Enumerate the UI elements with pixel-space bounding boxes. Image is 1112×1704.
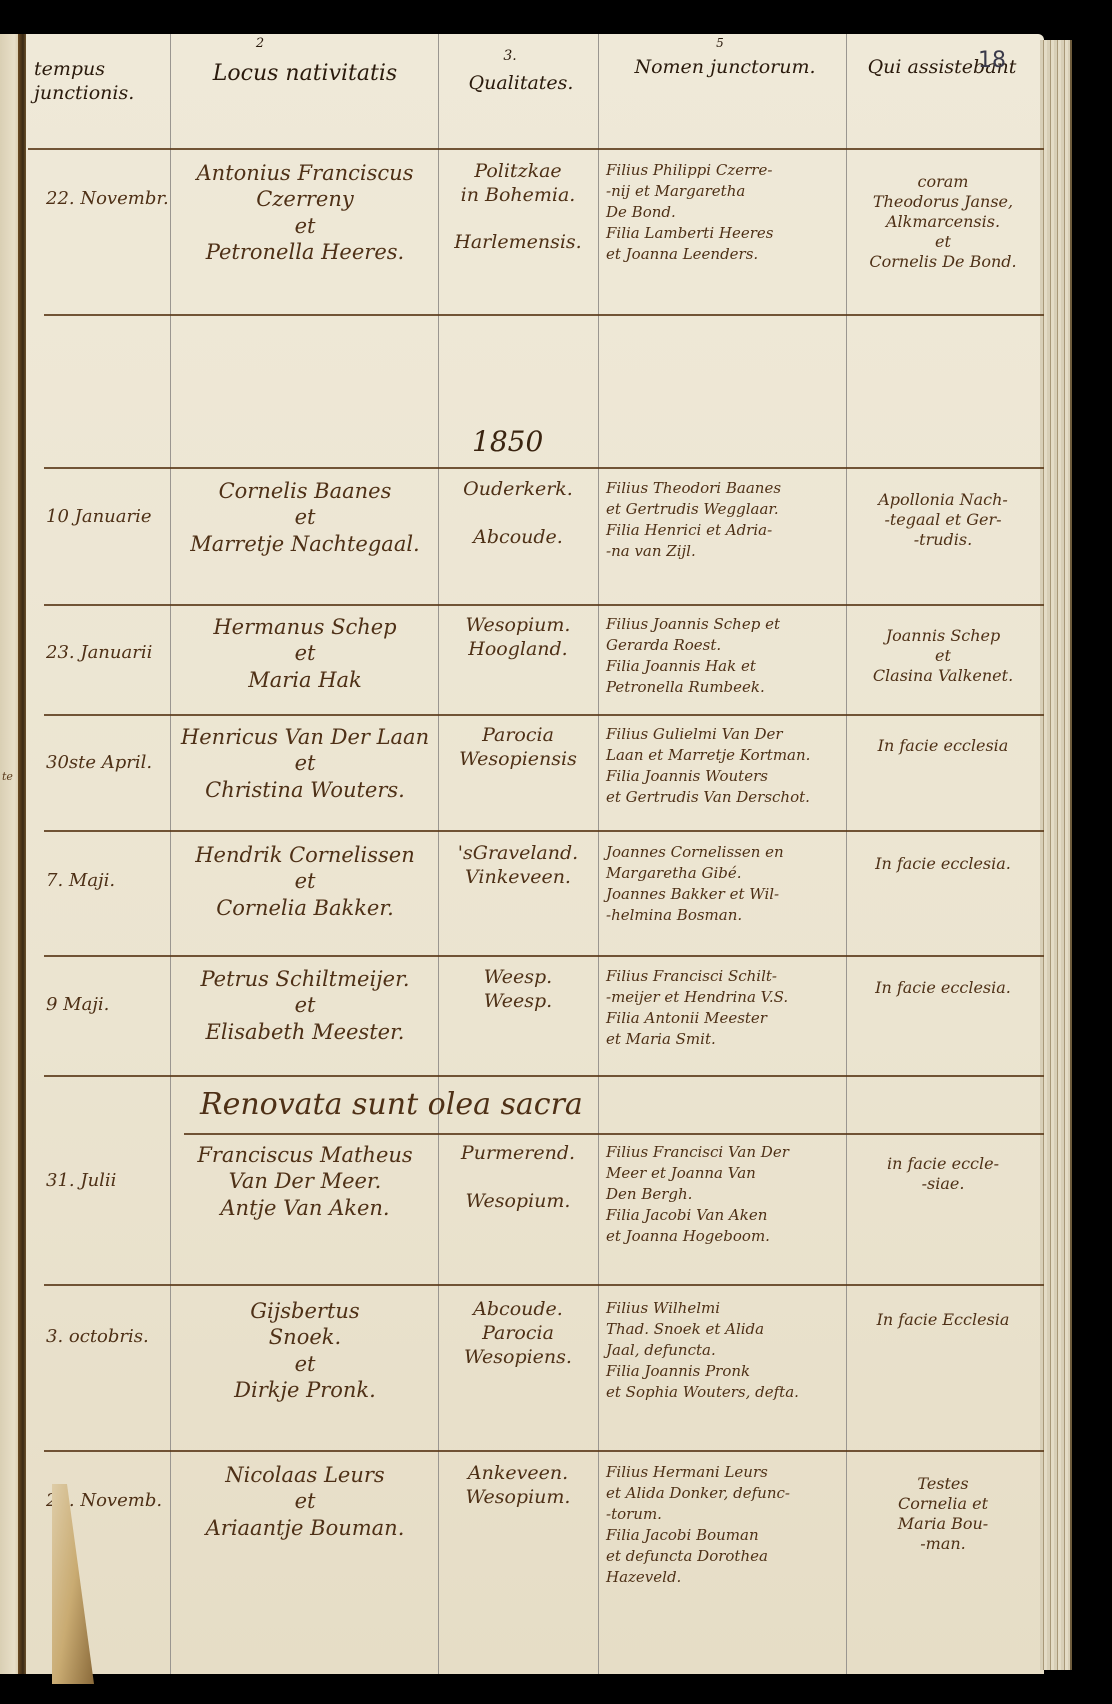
entry-parents-line: Filia Henrici et Adria- — [606, 520, 846, 541]
entry-parents-line: Filius Theodori Baanes — [606, 478, 846, 499]
entry-names: GijsbertusSnoek.etDirkje Pronk. — [174, 1298, 436, 1403]
entry-names-line: et — [174, 504, 436, 530]
row-rule — [28, 148, 1044, 150]
entry-names-line: Christina Wouters. — [174, 777, 436, 803]
entry-names-line: Czerreny — [174, 186, 436, 212]
entry-names-line: et — [174, 213, 436, 239]
row-rule — [44, 1075, 1044, 1077]
entry-date: 10 Januarie — [46, 506, 170, 529]
entry-parents: Filius Francisci Van DerMeer et Joanna V… — [606, 1142, 846, 1247]
entry-names-line: Maria Hak — [174, 667, 436, 693]
entry-parents-line: -torum. — [606, 1504, 846, 1525]
entry-origin-line: Ouderkerk. — [440, 478, 596, 502]
entry-witnesses-line: coram — [850, 172, 1036, 192]
entry-parents-line: Filia Joannis Pronk — [606, 1361, 846, 1382]
entry-origin-line: Weesp. — [440, 990, 596, 1014]
entry-parents-line: et Maria Smit. — [606, 1029, 846, 1050]
entry-names-line: Snoek. — [174, 1324, 436, 1350]
entry-witnesses-line: -man. — [850, 1534, 1036, 1554]
row-rule — [44, 314, 1044, 316]
column-rule — [598, 34, 599, 1674]
entry-witnesses-line: Testes — [850, 1474, 1036, 1494]
entry-names-line: Elisabeth Meester. — [174, 1019, 436, 1045]
entry-parents-line: -nij et Margaretha — [606, 181, 846, 202]
entry-parents: Filius Gulielmi Van DerLaan et Marretje … — [606, 724, 846, 808]
entry-names-line: Gijsbertus — [174, 1298, 436, 1324]
entry-names-line: Petrus Schiltmeijer. — [174, 966, 436, 992]
entry-parents-line: et Sophia Wouters, defta. — [606, 1382, 846, 1403]
entry-origin: Purmerend. Wesopium. — [440, 1142, 596, 1213]
entry-origin-line: Hoogland. — [440, 638, 596, 662]
entry-names-line: Petronella Heeres. — [174, 239, 436, 265]
entry-witnesses-line: Cornelis De Bond. — [850, 252, 1036, 272]
column-number-2: 2 — [240, 36, 280, 52]
entry-date: 7. Maji. — [46, 870, 170, 893]
entry-names-line: Hendrik Cornelissen — [174, 842, 436, 868]
entry-names: Nicolaas LeursetAriaantje Bouman. — [174, 1462, 436, 1541]
entry-origin-line: Purmerend. — [440, 1142, 596, 1166]
entry-witnesses-line: Cornelia et — [850, 1494, 1036, 1514]
entry-parents-line: Filius Francisci Van Der — [606, 1142, 846, 1163]
entry-parents-line: De Bond. — [606, 202, 846, 223]
row-rule — [44, 714, 1044, 716]
entry-witnesses: coramTheodorus Janse,Alkmarcensis.etCorn… — [850, 172, 1036, 272]
entry-origin-line: Wesopiens. — [440, 1346, 596, 1370]
entry-names: Cornelis BaanesetMarretje Nachtegaal. — [174, 478, 436, 557]
entry-names-line: Hermanus Schep — [174, 614, 436, 640]
entry-witnesses-line: Theodorus Janse, — [850, 192, 1036, 212]
entry-witnesses-line: -siae. — [850, 1174, 1036, 1194]
entry-parents-line: et Gertrudis Van Derschot. — [606, 787, 846, 808]
entry-origin: Ankeveen.Wesopium. — [440, 1462, 596, 1510]
column-rule — [846, 34, 847, 1674]
entry-origin: Politzkaein Bohemia. Harlemensis. — [440, 160, 596, 255]
entry-names-line: et — [174, 750, 436, 776]
entry-names-line: Van Der Meer. — [174, 1168, 436, 1194]
entry-parents-line: et Alida Donker, defunc- — [606, 1483, 846, 1504]
entry-parents-line: Filius Hermani Leurs — [606, 1462, 846, 1483]
entry-parents-line: Joannes Bakker et Wil- — [606, 884, 846, 905]
page-number: 18 — [978, 48, 1006, 73]
page-stack-edges — [1040, 40, 1072, 1670]
entry-parents-line: Filius Philippi Czerre- — [606, 160, 846, 181]
entry-parents-line: Filius Francisci Schilt- — [606, 966, 846, 987]
entry-witnesses: Joannis SchepetClasina Valkenet. — [850, 626, 1036, 686]
entry-parents-line: Filius Gulielmi Van Der — [606, 724, 846, 745]
entry-origin-line — [440, 502, 596, 526]
entry-origin-line: Abcoude. — [440, 1298, 596, 1322]
entry-names: Petrus Schiltmeijer.etElisabeth Meester. — [174, 966, 436, 1045]
entry-origin-line: in Bohemia. — [440, 184, 596, 208]
entry-witnesses: TestesCornelia etMaria Bou--man. — [850, 1474, 1036, 1554]
banner-renovata: Renovata sunt olea sacra — [200, 1087, 583, 1122]
entry-origin-line: Politzkae — [440, 160, 596, 184]
entry-parents-line: Filia Lamberti Heeres — [606, 223, 846, 244]
entry-witnesses: In facie ecclesia. — [850, 978, 1036, 998]
entry-parents-line: Meer et Joanna Van — [606, 1163, 846, 1184]
column-number-5: 5 — [700, 36, 740, 51]
entry-names: Henricus Van Der LaanetChristina Wouters… — [174, 724, 436, 803]
entry-names-line: Antonius Franciscus — [174, 160, 436, 186]
entry-names: Franciscus MatheusVan Der Meer.Antje Van… — [174, 1142, 436, 1221]
margin-note: te — [2, 770, 13, 783]
entry-names-line: Antje Van Aken. — [174, 1195, 436, 1221]
entry-witnesses-line: In facie Ecclesia — [850, 1310, 1036, 1330]
entry-parents-line: et Joanna Hogeboom. — [606, 1226, 846, 1247]
entry-names-line: Dirkje Pronk. — [174, 1377, 436, 1403]
entry-origin-line: Wesopium. — [440, 614, 596, 638]
entry-date: 22. Novembr. — [46, 188, 170, 211]
column-header-qualitates: Qualitates. — [446, 72, 596, 96]
row-rule — [44, 1450, 1044, 1452]
entry-parents-line: Den Bergh. — [606, 1184, 846, 1205]
entry-parents-line: Filius Joannis Schep et — [606, 614, 846, 635]
row-rule — [44, 830, 1044, 832]
entry-names: Hermanus SchepetMaria Hak — [174, 614, 436, 693]
entry-names-line: Cornelis Baanes — [174, 478, 436, 504]
entry-parents-line: Thad. Snoek et Alida — [606, 1319, 846, 1340]
entry-parents-line: Margaretha Gibé. — [606, 863, 846, 884]
entry-parents: Filius Theodori Baaneset Gertrudis Weggl… — [606, 478, 846, 562]
year-heading: 1850 — [472, 425, 543, 458]
entry-names-line: et — [174, 1488, 436, 1514]
entry-origin-line: Abcoude. — [440, 526, 596, 550]
column-number-3: 3. — [490, 48, 530, 66]
entry-origin-line — [440, 208, 596, 232]
entry-parents-line: et defuncta Dorothea — [606, 1546, 846, 1567]
entry-parents: Filius Joannis Schep etGerarda Roest.Fil… — [606, 614, 846, 698]
row-rule — [184, 1133, 1044, 1135]
entry-parents-line: -meijer et Hendrina V.S. — [606, 987, 846, 1008]
entry-names-line: Cornelia Bakker. — [174, 895, 436, 921]
row-rule — [44, 1284, 1044, 1286]
column-rule — [438, 34, 439, 1674]
entry-parents: Filius Francisci Schilt--meijer et Hendr… — [606, 966, 846, 1050]
entry-parents-line: et Joanna Leenders. — [606, 244, 846, 265]
entry-parents-line: Filia Joannis Wouters — [606, 766, 846, 787]
entry-names-line: Nicolaas Leurs — [174, 1462, 436, 1488]
entry-origin-line: Weesp. — [440, 966, 596, 990]
column-header-tempus: tempus junctionis. — [34, 58, 168, 106]
entry-names-line: et — [174, 992, 436, 1018]
entry-witnesses: in facie eccle--siae. — [850, 1154, 1036, 1194]
column-rule — [170, 34, 171, 1674]
entry-witnesses-line: In facie ecclesia. — [850, 978, 1036, 998]
entry-witnesses-line: -tegaal et Ger- — [850, 510, 1036, 530]
entry-origin-line: Wesopium. — [440, 1190, 596, 1214]
entry-date: 30ste April. — [46, 752, 170, 775]
entry-origin-line: Ankeveen. — [440, 1462, 596, 1486]
entry-names-line: Ariaantje Bouman. — [174, 1515, 436, 1541]
entry-parents-line: et Gertrudis Wegglaar. — [606, 499, 846, 520]
entry-origin: Weesp.Weesp. — [440, 966, 596, 1014]
entry-parents-line: Filia Jacobi Bouman — [606, 1525, 846, 1546]
entry-parents: Filius WilhelmiThad. Snoek et AlidaJaal,… — [606, 1298, 846, 1403]
column-header-locus: Locus nativitatis — [180, 60, 430, 88]
entry-origin: 'sGraveland.Vinkeveen. — [440, 842, 596, 890]
entry-parents-line: Filia Jacobi Van Aken — [606, 1205, 846, 1226]
entry-date: 9 Maji. — [46, 994, 170, 1017]
entry-parents-line: Filia Antonii Meester — [606, 1008, 846, 1029]
entry-witnesses-line: Clasina Valkenet. — [850, 666, 1036, 686]
entry-origin: Ouderkerk. Abcoude. — [440, 478, 596, 549]
entry-origin: Wesopium.Hoogland. — [440, 614, 596, 662]
entry-names-line: et — [174, 868, 436, 894]
entry-parents: Joannes Cornelissen enMargaretha Gibé.Jo… — [606, 842, 846, 926]
entry-parents-line: Jaal, defuncta. — [606, 1340, 846, 1361]
entry-names-line: et — [174, 640, 436, 666]
entry-witnesses-line: Alkmarcensis. — [850, 212, 1036, 232]
entry-parents: Filius Philippi Czerre--nij et Margareth… — [606, 160, 846, 265]
entry-names-line: et — [174, 1351, 436, 1377]
entry-witnesses-line: in facie eccle- — [850, 1154, 1036, 1174]
entry-witnesses-line: Maria Bou- — [850, 1514, 1036, 1534]
entry-witnesses-line: Apollonia Nach- — [850, 490, 1036, 510]
column-header-nomen: Nomen junctorum. — [606, 56, 844, 80]
row-rule — [44, 955, 1044, 957]
entry-parents-line: Laan et Marretje Kortman. — [606, 745, 846, 766]
entry-origin-line — [440, 1166, 596, 1190]
entry-date: 31. Julii — [46, 1170, 170, 1193]
entry-witnesses: Apollonia Nach--tegaal et Ger--trudis. — [850, 490, 1036, 550]
entry-origin-line: 'sGraveland. — [440, 842, 596, 866]
entry-parents-line: Petronella Rumbeek. — [606, 677, 846, 698]
entry-origin: Abcoude.ParociaWesopiens. — [440, 1298, 596, 1369]
entry-names-line: Marretje Nachtegaal. — [174, 531, 436, 557]
entry-names: Hendrik CornelissenetCornelia Bakker. — [174, 842, 436, 921]
entry-witnesses-line: Joannis Schep — [850, 626, 1036, 646]
entry-witnesses-line: -trudis. — [850, 530, 1036, 550]
row-rule — [44, 467, 1044, 469]
entry-origin-line: Parocia — [440, 1322, 596, 1346]
row-rule — [44, 604, 1044, 606]
entry-witnesses-line: et — [850, 232, 1036, 252]
entry-origin-line: Harlemensis. — [440, 231, 596, 255]
entry-date: 23. Januarii — [46, 642, 170, 665]
entry-origin-line: Parocia Wesopiensis — [440, 724, 596, 772]
entry-parents-line: Joannes Cornelissen en — [606, 842, 846, 863]
entry-date: 3. octobris. — [46, 1326, 170, 1349]
entry-witnesses: In facie ecclesia — [850, 736, 1036, 756]
entry-witnesses: In facie ecclesia. — [850, 854, 1036, 874]
entry-names: Antonius FranciscusCzerrenyetPetronella … — [174, 160, 436, 265]
entry-parents: Filius Hermani Leurset Alida Donker, def… — [606, 1462, 846, 1588]
entry-parents-line: -helmina Bosman. — [606, 905, 846, 926]
entry-witnesses-line: et — [850, 646, 1036, 666]
entry-witnesses-line: In facie ecclesia — [850, 736, 1036, 756]
entry-parents-line: Hazeveld. — [606, 1567, 846, 1588]
entry-parents-line: Filia Joannis Hak et — [606, 656, 846, 677]
entry-parents-line: Gerarda Roest. — [606, 635, 846, 656]
entry-origin-line: Vinkeveen. — [440, 866, 596, 890]
entry-names-line: Henricus Van Der Laan — [174, 724, 436, 750]
entry-names-line: Franciscus Matheus — [174, 1142, 436, 1168]
entry-parents-line: -na van Zijl. — [606, 541, 846, 562]
entry-origin-line: Wesopium. — [440, 1486, 596, 1510]
entry-parents-line: Filius Wilhelmi — [606, 1298, 846, 1319]
entry-witnesses-line: In facie ecclesia. — [850, 854, 1036, 874]
entry-witnesses: In facie Ecclesia — [850, 1310, 1036, 1330]
entry-origin: Parocia Wesopiensis — [440, 724, 596, 772]
